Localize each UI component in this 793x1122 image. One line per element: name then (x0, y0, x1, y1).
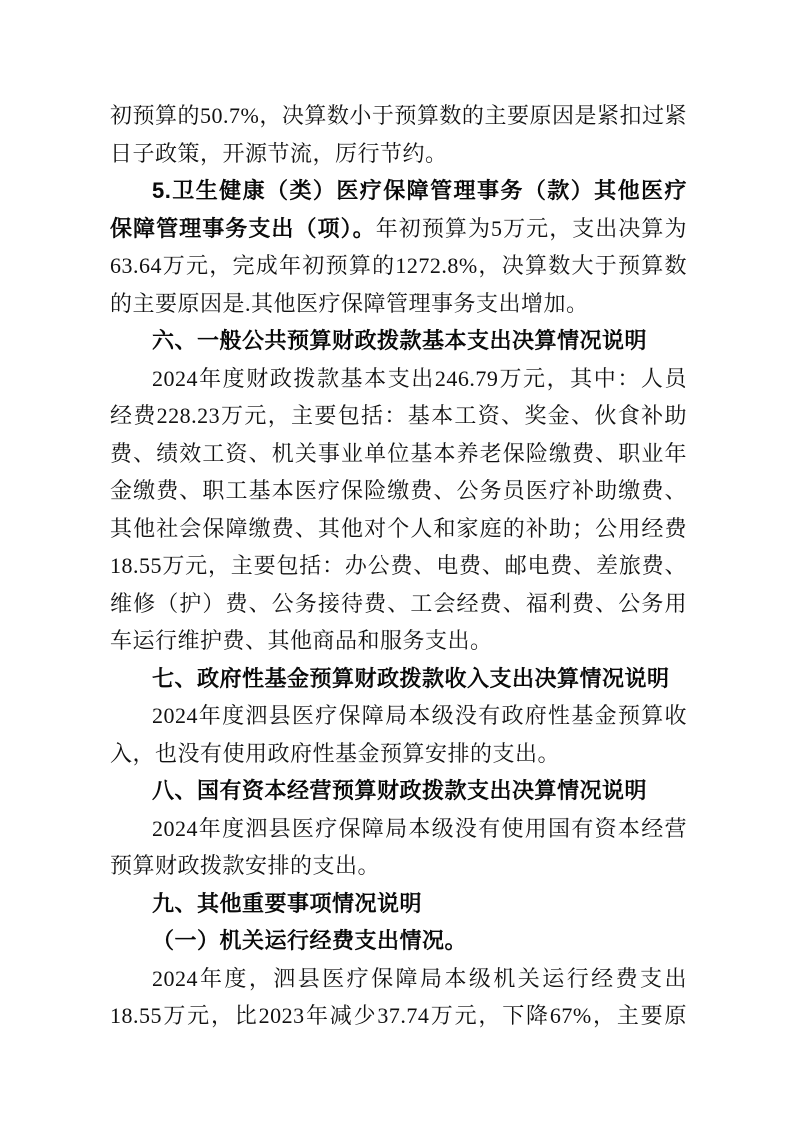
paragraph-section-7-body: 2024年度泗县医疗保障局本级没有政府性基金预算收入，也没有使用政府性基金预算安… (110, 697, 687, 772)
paragraph-section-6-body: 2024年度财政拨款基本支出246.79万元，其中：人员经费228.23万元，主… (110, 360, 687, 660)
heading-section-9-other-matters: 九、其他重要事项情况说明 (110, 885, 687, 923)
document-text-block: 初预算的50.7%，决算数小于预算数的主要原因是紧扣过紧日子政策，开源节流，厉行… (0, 0, 793, 1035)
paragraph-section-8-body: 2024年度泗县医疗保障局本级没有使用国有资本经营预算财政拨款安排的支出。 (110, 810, 687, 885)
paragraph-item-5-health-expenditure: 5.卫生健康（类）医疗保障管理事务（款）其他医疗保障管理事务支出（项）。年初预算… (110, 172, 687, 322)
heading-section-9-1-operating-expenses: （一）机关运行经费支出情况。 (110, 922, 687, 960)
paragraph-section-9-1-body: 2024年度，泗县医疗保障局本级机关运行经费支出18.55万元，比2023年减少… (110, 960, 687, 1035)
heading-section-8-state-capital: 八、国有资本经营预算财政拨款支出决算情况说明 (110, 772, 687, 810)
paragraph-budget-ratio-continuation: 初预算的50.7%，决算数小于预算数的主要原因是紧扣过紧日子政策，开源节流，厉行… (110, 97, 687, 172)
heading-section-6-basic-expenditure: 六、一般公共预算财政拨款基本支出决算情况说明 (110, 322, 687, 360)
heading-section-7-government-funds: 七、政府性基金预算财政拨款收入支出决算情况说明 (110, 660, 687, 698)
document-page: 初预算的50.7%，决算数小于预算数的主要原因是紧扣过紧日子政策，开源节流，厉行… (0, 0, 793, 1122)
